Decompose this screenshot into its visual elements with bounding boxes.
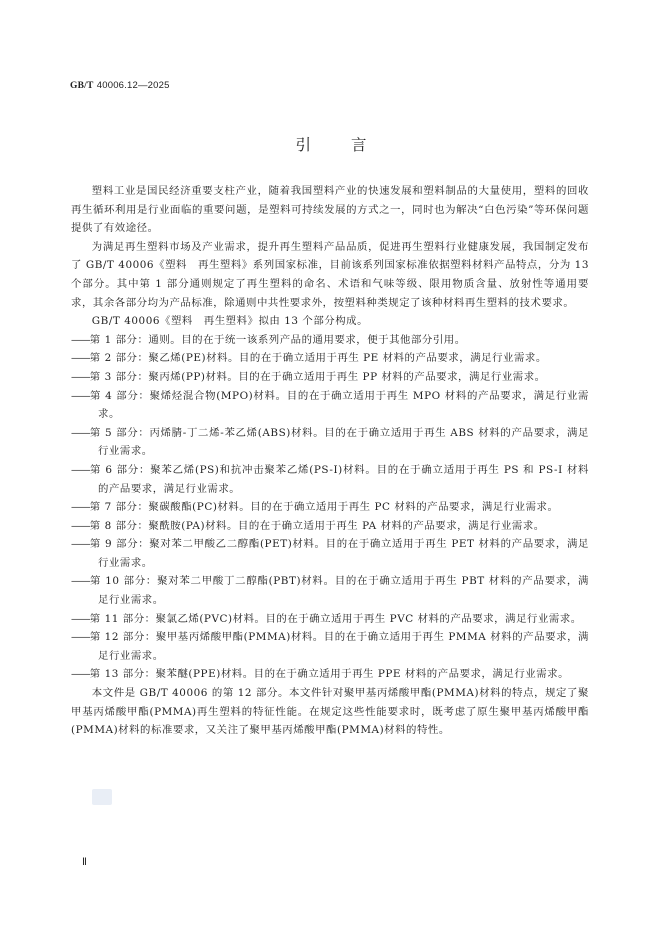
standard-number: GB/T 40006.12—2025 — [70, 80, 170, 91]
list-item: ——第 13 部分：聚苯醚(PPE)材料。目的在于确立适用于再生 PPE 材料的… — [71, 665, 589, 684]
list-item: ——第 12 部分：聚甲基丙烯酸甲酯(PMMA)材料。目的在于确立适用于再生 P… — [71, 628, 589, 665]
intro-paragraph-1: 塑料工业是国民经济重要支柱产业，随着我国塑料产业的快速发展和塑料制品的大量使用，… — [71, 182, 589, 238]
list-item: ——第 2 部分：聚乙烯(PE)材料。目的在于确立适用于再生 PE 材料的产品要… — [71, 349, 589, 368]
intro-paragraph-2: 为满足再生塑料市场及产业需求，提升再生塑料产品品质，促进再生塑料行业健康发展，我… — [71, 238, 589, 312]
list-item: ——第 8 部分：聚酰胺(PA)材料。目的在于确立适用于再生 PA 材料的产品要… — [71, 517, 589, 536]
parts-intro: GB/T 40006《塑料 再生塑料》拟由 13 个部分构成。 — [71, 312, 589, 331]
watermark-logo-icon — [92, 789, 112, 805]
list-item: ——第 6 部分：聚苯乙烯(PS)和抗冲击聚苯乙烯(PS-I)材料。目的在于确立… — [71, 461, 589, 498]
document-body: 塑料工业是国民经济重要支柱产业，随着我国塑料产业的快速发展和塑料制品的大量使用，… — [71, 182, 589, 740]
list-item: ——第 9 部分：聚对苯二甲酸乙二醇酯(PET)材料。目的在于确立适用于再生 P… — [71, 535, 589, 572]
list-item: ——第 7 部分：聚碳酸酯(PC)材料。目的在于确立适用于再生 PC 材料的产品… — [71, 498, 589, 517]
list-item: ——第 10 部分：聚对苯二甲酸丁二醇酯(PBT)材料。目的在于确立适用于再生 … — [71, 572, 589, 609]
standard-prefix: GB/T — [70, 81, 94, 91]
parts-list: ——第 1 部分：通则。目的在于统一该系列产品的通用要求，便于其他部分引用。 —… — [71, 331, 589, 684]
list-item: ——第 5 部分：丙烯腈-丁二烯-苯乙烯(ABS)材料。目的在于确立适用于再生 … — [71, 424, 589, 461]
page-number: Ⅱ — [82, 857, 87, 868]
list-item: ——第 1 部分：通则。目的在于统一该系列产品的通用要求，便于其他部分引用。 — [71, 331, 589, 350]
page-title: 引言 — [0, 133, 662, 155]
standard-code: 40006.12—2025 — [97, 80, 170, 91]
list-item: ——第 3 部分：聚丙烯(PP)材料。目的在于确立适用于再生 PP 材料的产品要… — [71, 368, 589, 387]
closing-paragraph: 本文件是 GB/T 40006 的第 12 部分。本文件针对聚甲基丙烯酸甲酯(P… — [71, 684, 589, 740]
list-item: ——第 4 部分：聚烯烃混合物(MPO)材料。目的在于确立适用于再生 MPO 材… — [71, 387, 589, 424]
list-item: ——第 11 部分：聚氯乙烯(PVC)材料。目的在于确立适用于再生 PVC 材料… — [71, 610, 589, 629]
